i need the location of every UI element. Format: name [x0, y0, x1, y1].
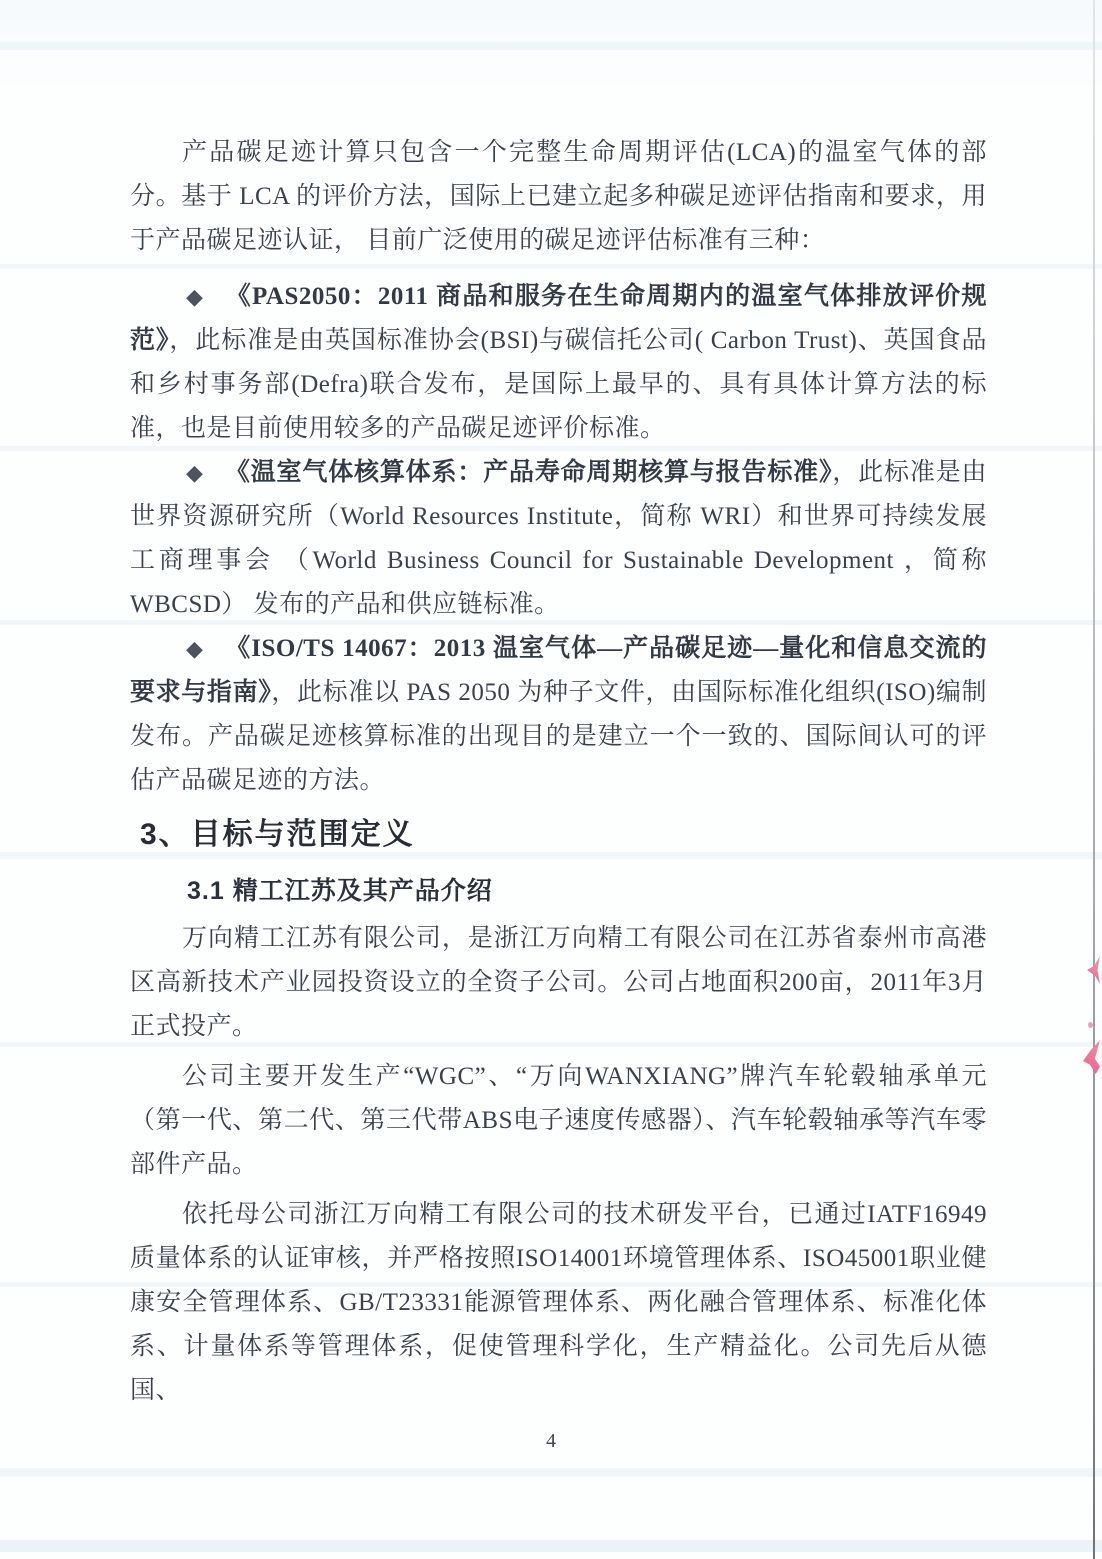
intro-paragraph: 产品碳足迹计算只包含一个完整生命周期评估(LCA)的温室气体的部分。基于 LCA… — [130, 131, 987, 263]
scanned-document-page: 产品碳足迹计算只包含一个完整生命周期评估(LCA)的温室气体的部分。基于 LCA… — [0, 0, 1102, 1559]
company-systems-paragraph: 依托母公司浙江万向精工有限公司的技术研发平台，已通过IATF16949质量体系的… — [130, 1193, 987, 1413]
section-heading-goal-and-scope: 3、目标与范围定义 — [140, 811, 987, 859]
standard-item-pas2050: ◆ 《PAS2050：2011 商品和服务在生命周期内的温室气体排放评价规范》，… — [130, 275, 987, 451]
company-products-paragraph: 公司主要开发生产“WGC”、“万向WANXIANG”牌汽车轮毂轴承单元（第一代、… — [130, 1055, 987, 1187]
scan-artifact-band — [0, 1468, 1102, 1477]
standard-item-ghg-protocol: ◆ 《温室气体核算体系：产品寿命周期核算与报告标准》，此标准是由世界资源研究所（… — [130, 451, 987, 627]
pink-ink-dot — [1088, 1022, 1093, 1028]
document-body: 产品碳足迹计算只包含一个完整生命周期评估(LCA)的温室气体的部分。基于 LCA… — [130, 131, 987, 1413]
scan-artifact-band — [0, 1540, 1102, 1552]
company-overview-paragraph: 万向精工江苏有限公司，是浙江万向精工有限公司在江苏省泰州市高港区高新技术产业园投… — [130, 917, 987, 1049]
page-number: 4 — [0, 1430, 1102, 1453]
diamond-bullet-icon: ◆ — [186, 636, 204, 661]
subsection-heading-company-intro: 3.1 精工江苏及其产品介绍 — [187, 871, 987, 911]
pink-ink-mark — [1083, 1040, 1100, 1074]
standard-description: ，此标准是由英国标准协会(BSI)与碳信托公司( Carbon Trust)、英… — [130, 327, 987, 442]
diamond-bullet-icon: ◆ — [186, 284, 204, 309]
scan-edge-line — [1093, 0, 1095, 1559]
standard-item-iso14067: ◆ 《ISO/TS 14067：2013 温室气体—产品碳足迹—量化和信息交流的… — [130, 627, 987, 803]
scan-artifact-band — [0, 42, 1102, 50]
standard-title: 《温室气体核算体系：产品寿命周期核算与报告标准》 — [225, 459, 832, 486]
diamond-bullet-icon: ◆ — [186, 460, 204, 485]
